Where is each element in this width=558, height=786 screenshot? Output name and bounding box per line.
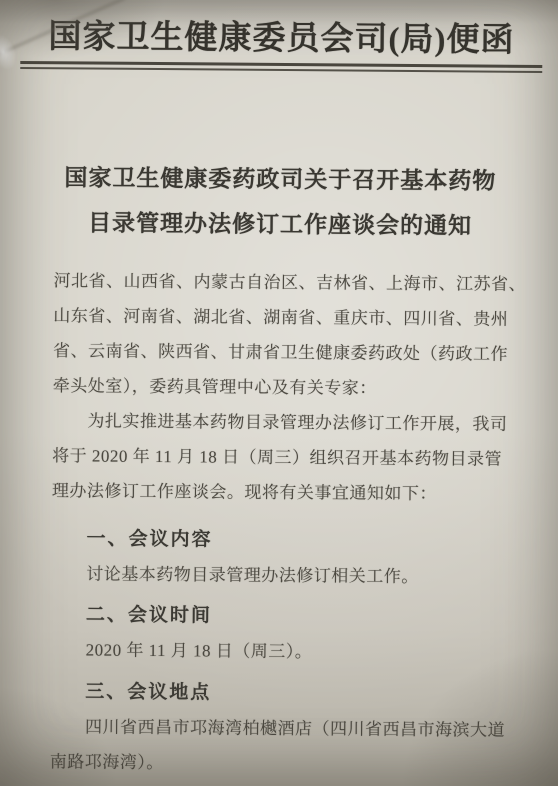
section-3-heading: 三、会议地点 xyxy=(50,674,509,713)
section-1-line: 讨论基本药物目录管理办法修订相关工作。 xyxy=(51,556,510,595)
letterhead: 国家卫生健康委员会司(局)便函 xyxy=(2,0,558,64)
document-body: 河北省、山西省、内蒙古自治区、吉林省、上海市、江苏省、 山东省、河南省、湖北省、… xyxy=(50,263,513,783)
section-1-heading: 一、会议内容 xyxy=(51,521,510,560)
notice-title-line: 国家卫生健康委药政司关于召开基本药物 xyxy=(21,154,539,203)
section-2-line: 2020 年 11 月 18 日（周三）。 xyxy=(51,632,510,671)
section-3-line: 南路邛海湾）。 xyxy=(50,744,509,783)
section-3-line: 四川省西昌市邛海湾柏樾酒店（四川省西昌市海滨大道 xyxy=(50,709,509,748)
section-2-heading: 二、会议时间 xyxy=(51,597,510,636)
divider-thin-line xyxy=(20,67,542,73)
document-photo: 国家卫生健康委员会司(局)便函 国家卫生健康委药政司关于召开基本药物 目录管理办… xyxy=(0,0,558,786)
recipients-line: 省、云南省、陕西省、甘肃省卫生健康委药政处（药政工作 xyxy=(53,333,512,372)
notice-title-line: 目录管理办法修订工作座谈会的通知 xyxy=(21,199,539,248)
intro-line: 理办法修订工作座谈会。现将有关事宜通知如下： xyxy=(52,473,511,512)
recipients-line: 河北省、山西省、内蒙古自治区、吉林省、上海市、江苏省、 xyxy=(53,263,512,302)
notice-title: 国家卫生健康委药政司关于召开基本药物 目录管理办法修订工作座谈会的通知 xyxy=(21,154,540,248)
intro-line: 为扎实推进基本药物目录管理办法修订工作开展，我司 xyxy=(52,403,511,442)
recipients-line: 牵头处室），委药具管理中心及有关专家： xyxy=(53,368,512,407)
recipients-line: 山东省、河南省、湖北省、湖南省、重庆市、四川省、贵州 xyxy=(53,298,512,337)
paper-sheet: 国家卫生健康委员会司(局)便函 国家卫生健康委药政司关于召开基本药物 目录管理办… xyxy=(0,0,558,786)
intro-line: 将于 2020 年 11 月 18 日（周三）组织召开基本药物目录管 xyxy=(52,438,511,477)
